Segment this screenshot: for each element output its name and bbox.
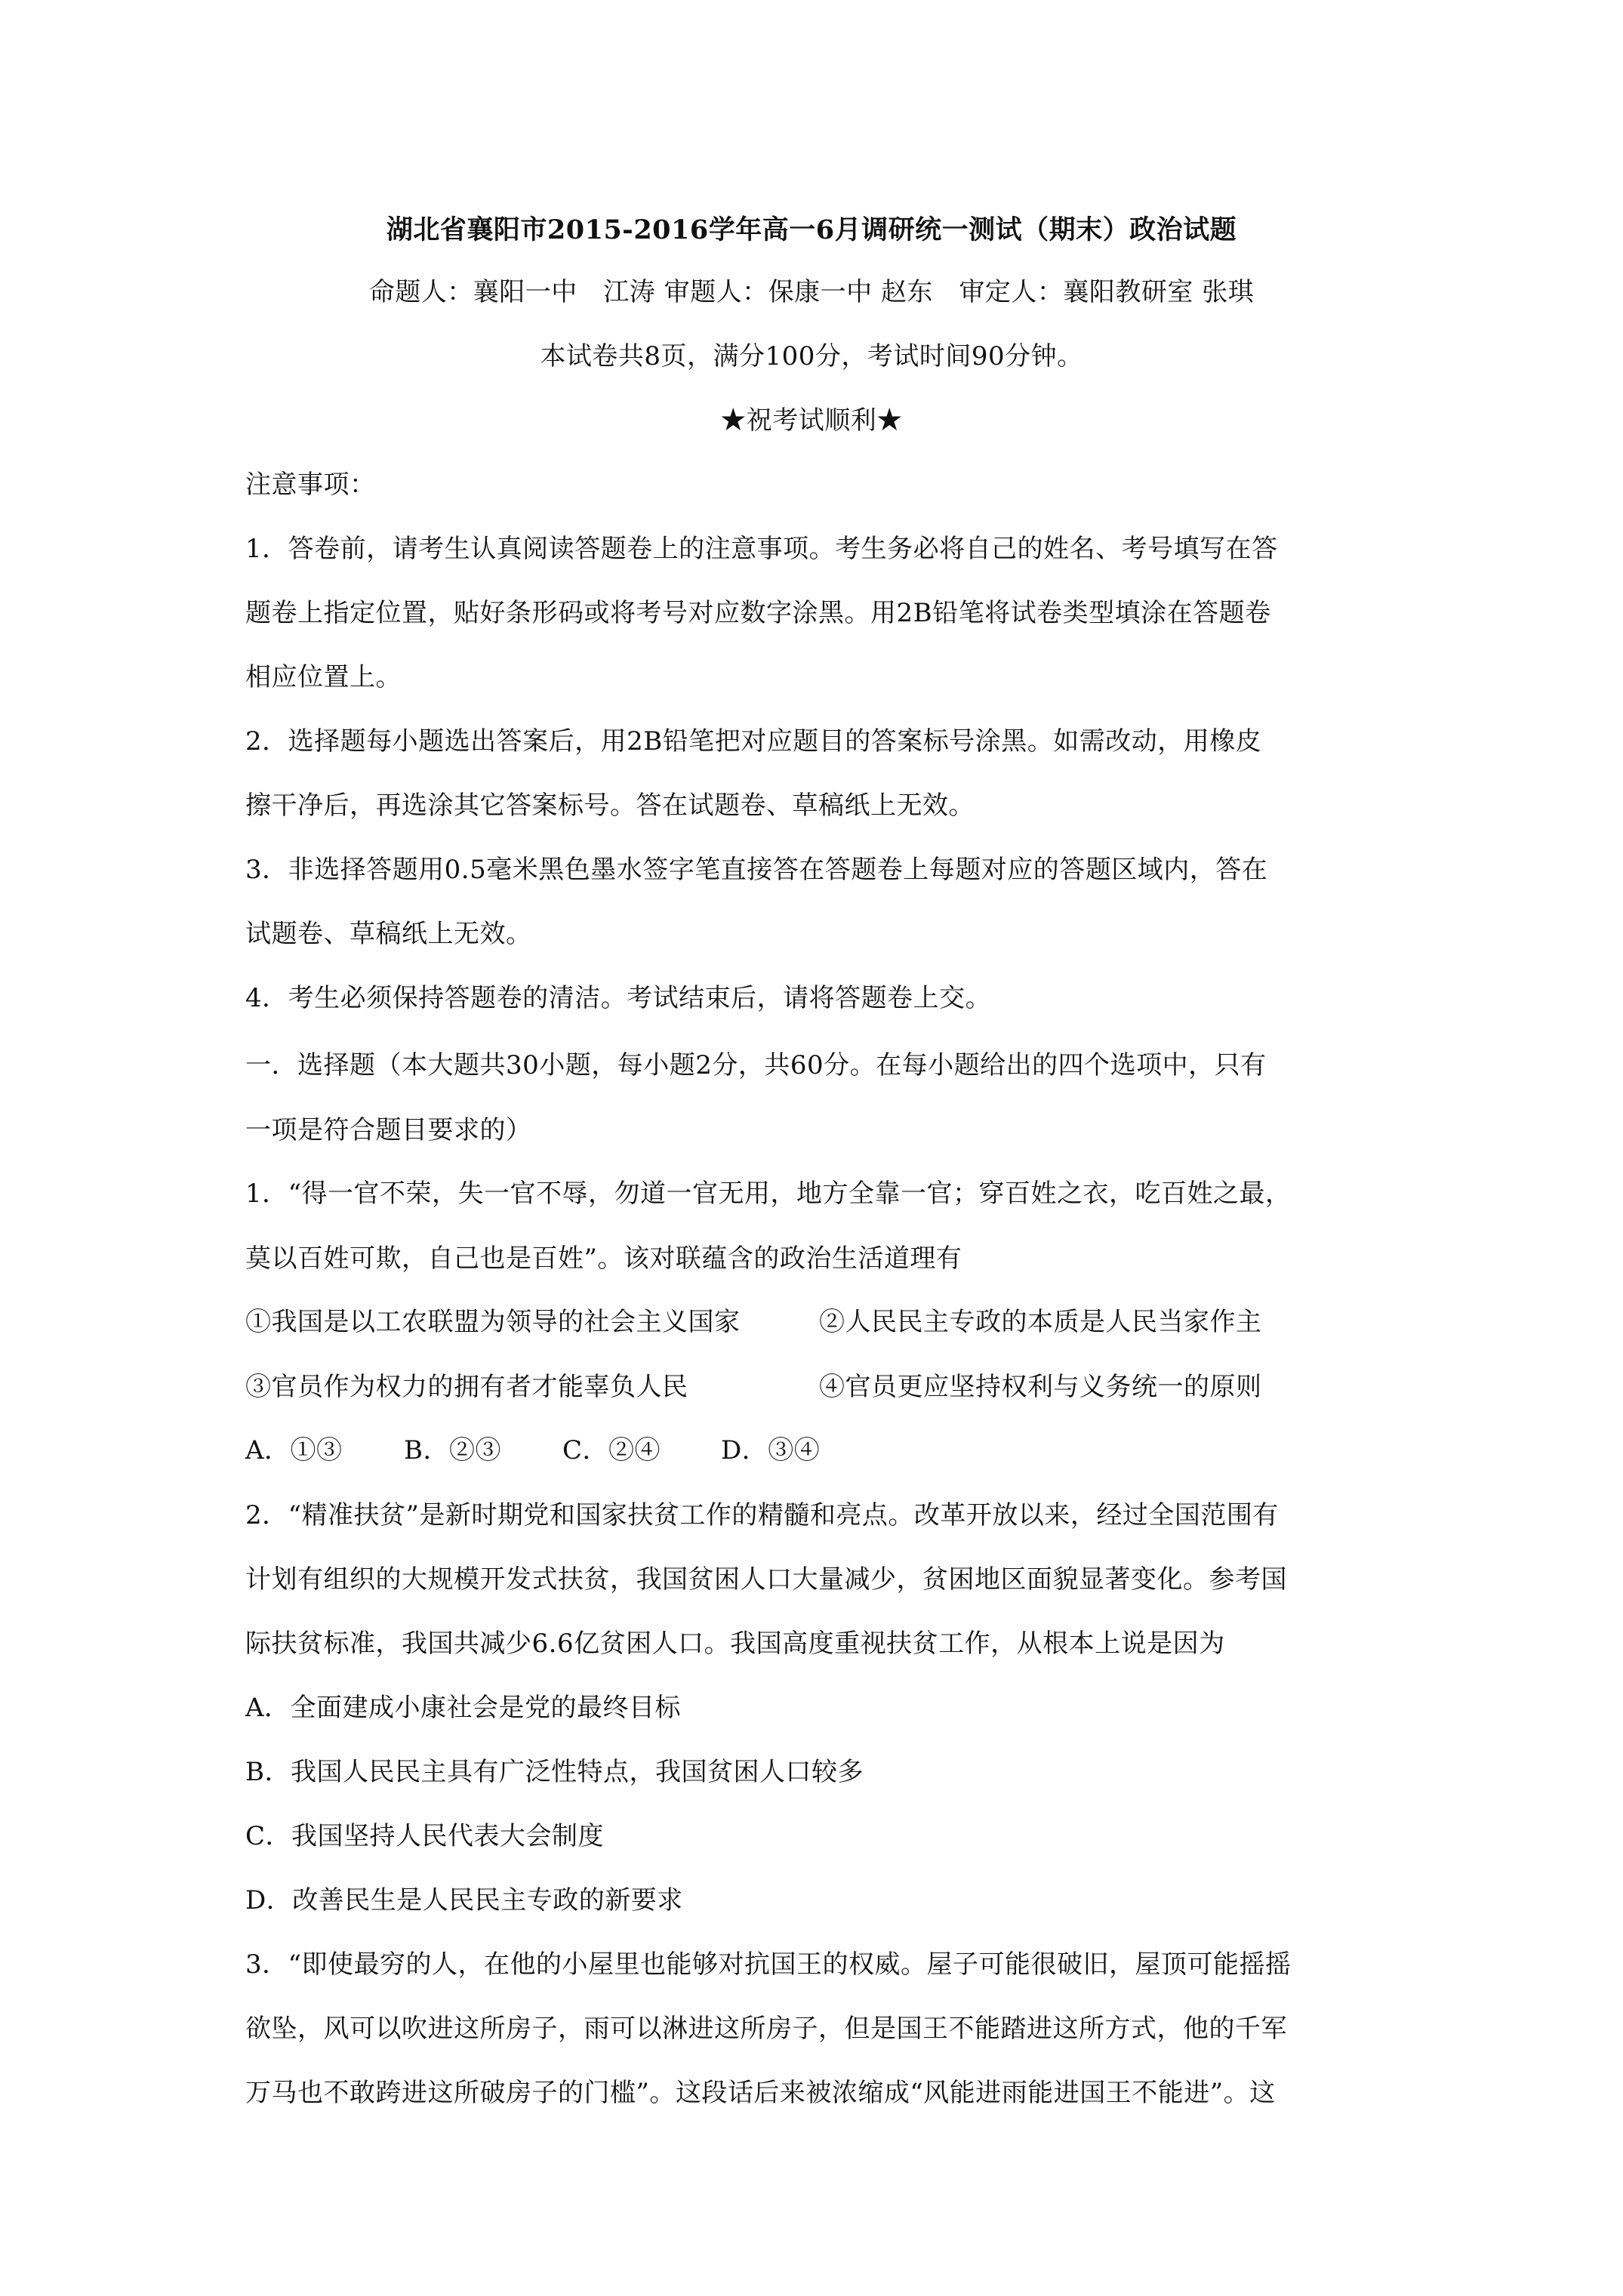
q1-statement-1: ①我国是以工农联盟为领导的社会主义国家	[245, 1307, 741, 1337]
exam-info: 本试卷共8页，满分100分，考试时间90分钟。	[0, 334, 1623, 379]
q1-option-b[interactable]: B．②③	[404, 1428, 501, 1473]
section-1-heading-line-1: 一．选择题（本大题共30小题，每小题2分，共60分。在每小题给出的四个选项中，只…	[245, 1043, 1378, 1088]
q2-option-b[interactable]: B．我国人民民主具有广泛性特点，我国贫困人口较多	[245, 1749, 1378, 1795]
q1-statement-2: ②人民民主专政的本质是人民当家作主	[819, 1299, 1262, 1345]
q1-statement-4: ④官员更应坚持权利与义务统一的原则	[819, 1364, 1262, 1410]
q2-stem-line-3: 际扶贫标准，我国共减少6.6亿贫困人口。我国高度重视扶贫工作，从根本上说是因为	[245, 1621, 1378, 1666]
q1-stem-line-2: 莫以百姓可欺，自己也是百姓”。该对联蕴含的政治生活道理有	[245, 1236, 1378, 1281]
q2-stem-line-2: 计划有组织的大规模开发式扶贫，我国贫困人口大量减少，贫困地区面貌显著变化。参考国	[245, 1557, 1378, 1602]
notice-item-3-line-2: 试题卷、草稿纸上无效。	[245, 911, 1378, 957]
q2-option-c[interactable]: C．我国坚持人民代表大会制度	[245, 1814, 1378, 1859]
q2-option-a[interactable]: A．全面建成小康社会是党的最终目标	[245, 1685, 1378, 1730]
notice-item-4-line-1: 4．考生必须保持答题卷的清洁。考试结束后，请将答题卷上交。	[245, 975, 1378, 1021]
q1-statements-row-1: ①我国是以工农联盟为领导的社会主义国家 ②人民民主专政的本质是人民当家作主	[245, 1299, 1378, 1345]
exam-authors: 命题人：襄阳一中 江涛 审题人：保康一中 赵东 审定人：襄阳教研室 张琪	[0, 270, 1623, 315]
q3-stem-line-3: 万马也不敢跨进这所破房子的门槛”。这段话后来被浓缩成“风能进雨能进国王不能进”。…	[245, 2070, 1378, 2116]
q1-option-d[interactable]: D．③④	[721, 1428, 820, 1473]
notice-item-2-line-2: 擦干净后，再选涂其它答案标号。答在试题卷、草稿纸上无效。	[245, 783, 1378, 828]
q2-option-d[interactable]: D．改善民生是人民民主专政的新要求	[245, 1878, 1378, 1923]
notice-item-1-line-1: 1．答卷前，请考生认真阅读答题卷上的注意事项。考生务必将自己的姓名、考号填写在答	[245, 526, 1378, 572]
q1-options: A．①③ B．②③ C．②④ D．③④	[245, 1428, 1378, 1473]
section-1-heading-line-2: 一项是符合题目要求的）	[245, 1108, 1378, 1153]
q1-option-c[interactable]: C．②④	[562, 1428, 661, 1473]
q3-stem-line-1: 3．“即使最穷的人，在他的小屋里也能够对抗国王的权威。屋子可能很破旧，屋顶可能摇…	[245, 1942, 1378, 1987]
exam-page: 湖北省襄阳市2015-2016学年高一6月调研统一测试（期末）政治试题 命题人：…	[0, 0, 1623, 2296]
q1-statement-3: ③官员作为权力的拥有者才能辜负人民	[245, 1372, 688, 1402]
notice-item-2-line-1: 2．选择题每小题选出答案后，用2B铅笔把对应题目的答案标号涂黑。如需改动，用橡皮	[245, 719, 1378, 764]
q1-option-a[interactable]: A．①③	[245, 1428, 343, 1473]
notice-heading: 注意事项：	[245, 462, 1378, 507]
q1-statements-row-2: ③官员作为权力的拥有者才能辜负人民 ④官员更应坚持权利与义务统一的原则	[245, 1364, 1378, 1410]
notice-item-1-line-2: 题卷上指定位置，贴好条形码或将考号对应数字涂黑。用2B铅笔将试卷类型填涂在答题卷	[245, 590, 1378, 636]
notice-item-3-line-1: 3．非选择答题用0.5毫米黑色墨水签字笔直接答在答题卷上每题对应的答题区域内，答…	[245, 847, 1378, 892]
exam-title: 湖北省襄阳市2015-2016学年高一6月调研统一测试（期末）政治试题	[0, 208, 1623, 253]
q2-stem-line-1: 2．“精准扶贫”是新时期党和国家扶贫工作的精髓和亮点。改革开放以来，经过全国范围…	[245, 1493, 1378, 1538]
q3-stem-line-2: 欲坠，风可以吹进这所房子，雨可以淋进这所房子，但是国王不能踏进这所方式，他的千军	[245, 2006, 1378, 2051]
notice-item-1-line-3: 相应位置上。	[245, 655, 1378, 700]
q1-stem-line-1: 1．“得一官不荣，失一官不辱，勿道一官无用，地方全靠一官；穿百姓之衣，吃百姓之最…	[245, 1171, 1378, 1216]
exam-wish: ★祝考试顺利★	[0, 398, 1623, 443]
